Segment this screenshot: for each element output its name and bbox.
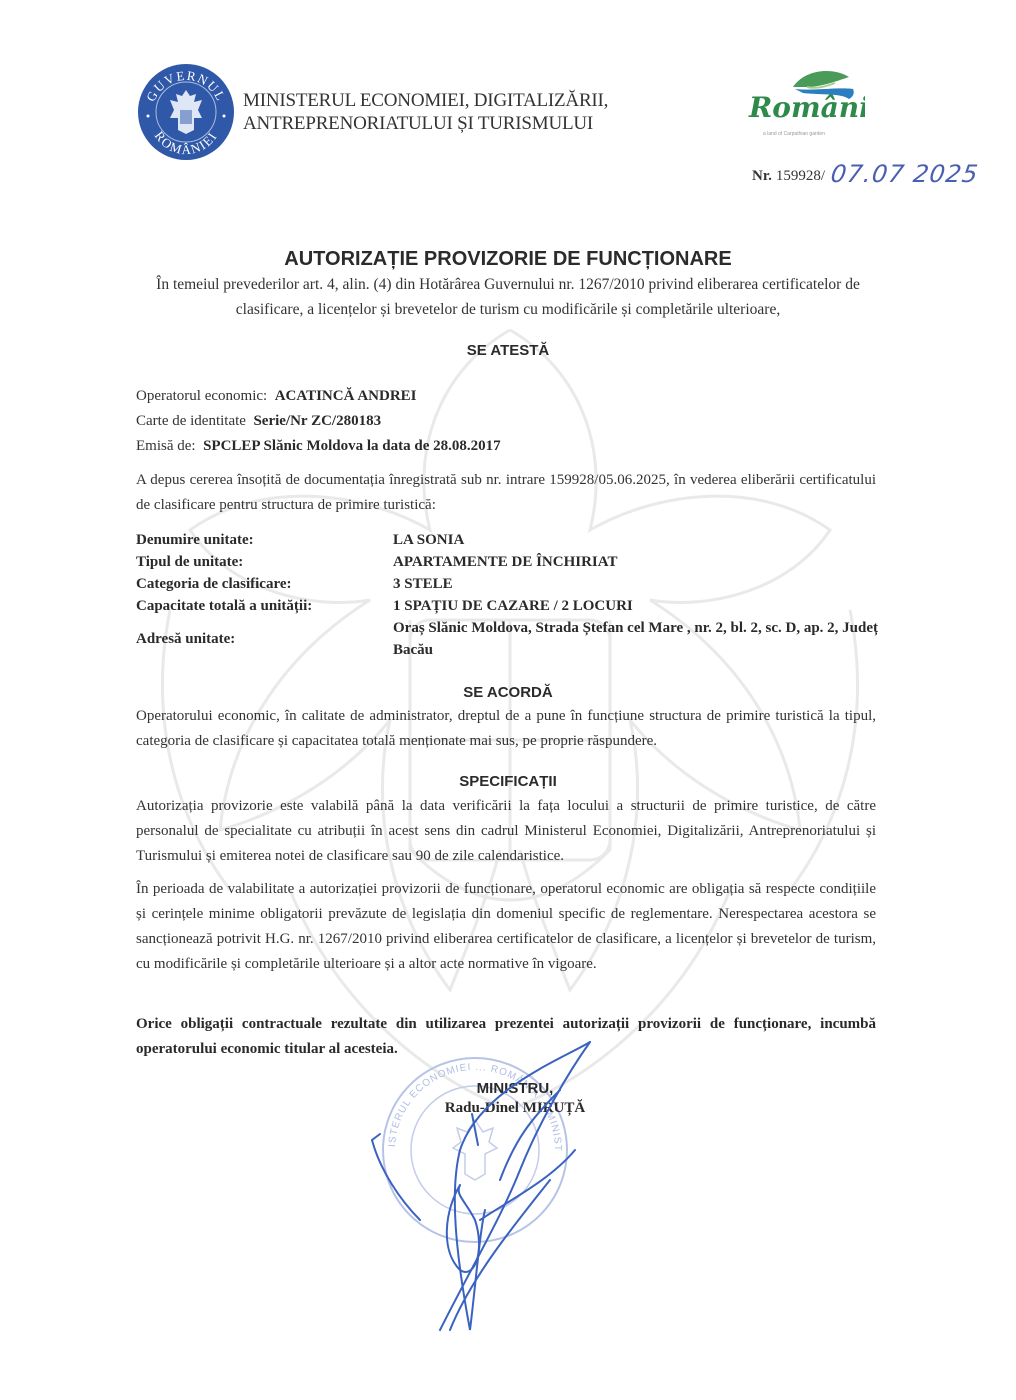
- unit-value: 3 STELE: [393, 573, 883, 595]
- unit-row-name: Denumire unitate: LA SONIA: [136, 529, 883, 551]
- specs-paragraph-1: Autorizația provizorie este valabilă pân…: [136, 794, 876, 869]
- unit-value: APARTAMENTE DE ÎNCHIRIAT: [393, 551, 883, 573]
- operator-row: Operatorul economic: ACATINCĂ ANDREI: [136, 384, 501, 409]
- ministry-name-line-1: MINISTERUL ECONOMIEI, DIGITALIZĂRII,: [243, 89, 608, 112]
- operator-details: Operatorul economic: ACATINCĂ ANDREI Car…: [136, 384, 501, 459]
- handwritten-date: 07.07 2025: [829, 160, 980, 188]
- issued-by-label: Emisă de:: [136, 438, 196, 454]
- ministry-name-line-2: ANTREPRENORIATULUI ȘI TURISMULUI: [243, 112, 608, 135]
- id-card-label: Carte de identitate: [136, 413, 246, 429]
- issued-by-row: Emisă de: SPCLEP Slănic Moldova la data …: [136, 434, 501, 459]
- registration-number: Nr. 159928/ 07.07 2025: [752, 160, 978, 185]
- unit-value: LA SONIA: [393, 529, 883, 551]
- unit-value: Oraș Slănic Moldova, Strada Ștefan cel M…: [393, 617, 883, 661]
- operator-label: Operatorul economic:: [136, 388, 267, 404]
- romania-logo-tagline: a land of Carpathian garden: [763, 131, 825, 137]
- unit-row-category: Categoria de clasificare: 3 STELE: [136, 573, 883, 595]
- government-seal-icon: GUVERNUL ROMÂNIEI: [136, 62, 236, 162]
- ministry-header: GUVERNUL ROMÂNIEI MINISTERUL ECONOMIEI, …: [136, 62, 608, 162]
- document-title: AUTORIZAȚIE PROVIZORIE DE FUNCȚIONARE: [0, 248, 1016, 271]
- specs-paragraph-2: În perioada de valabilitate a autorizați…: [136, 877, 876, 977]
- nr-label: Nr.: [752, 168, 772, 185]
- issued-by-value: SPCLEP Slănic Moldova la data de 28.08.2…: [203, 438, 501, 454]
- nr-value: 159928/: [776, 168, 825, 185]
- unit-label: Adresă unitate:: [136, 628, 393, 650]
- unit-row-capacity: Capacitate totală a unității: 1 SPAȚIU D…: [136, 595, 883, 617]
- unit-label: Denumire unitate:: [136, 529, 393, 551]
- unit-details-table: Denumire unitate: LA SONIA Tipul de unit…: [136, 529, 883, 661]
- operator-name: ACATINCĂ ANDREI: [275, 388, 417, 404]
- id-card-row: Carte de identitate Serie/Nr ZC/280183: [136, 409, 501, 434]
- legal-basis: În temeiul prevederilor art. 4, alin. (4…: [124, 272, 892, 322]
- unit-row-type: Tipul de unitate: APARTAMENTE DE ÎNCHIRI…: [136, 551, 883, 573]
- romania-tourism-logo: România a land of Carpathian garden: [745, 65, 865, 140]
- request-paragraph: A depus cererea însoțită de documentația…: [136, 468, 876, 518]
- handwritten-signature: [360, 1030, 620, 1350]
- grant-paragraph: Operatorului economic, în calitate de ad…: [136, 704, 876, 754]
- section-specs-heading: SPECIFICAȚII: [0, 773, 1016, 790]
- id-card-value: Serie/Nr ZC/280183: [253, 413, 381, 429]
- romania-logo-text: România: [748, 91, 865, 124]
- unit-label: Capacitate totală a unității:: [136, 595, 393, 617]
- unit-value: 1 SPAȚIU DE CAZARE / 2 LOCURI: [393, 595, 883, 617]
- unit-label: Categoria de clasificare:: [136, 573, 393, 595]
- section-attest-heading: SE ATESTĂ: [0, 342, 1016, 359]
- section-grant-heading: SE ACORDĂ: [0, 684, 1016, 701]
- unit-label: Tipul de unitate:: [136, 551, 393, 573]
- unit-row-address: Adresă unitate: Oraș Slănic Moldova, Str…: [136, 617, 883, 661]
